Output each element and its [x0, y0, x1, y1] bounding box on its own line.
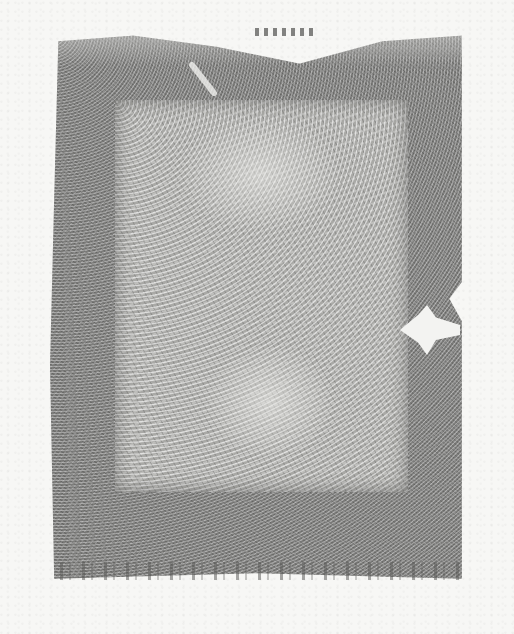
- panel-highlight-lower: [203, 343, 335, 461]
- inner-panel: [115, 100, 408, 492]
- bottom-edge-marks: [60, 562, 460, 580]
- tablet: [50, 30, 466, 590]
- top-edge-marks: [255, 28, 315, 36]
- panel-highlight-upper: [179, 116, 340, 234]
- rubbing-image: Grainy grayscale rubbing with darker out…: [0, 0, 514, 634]
